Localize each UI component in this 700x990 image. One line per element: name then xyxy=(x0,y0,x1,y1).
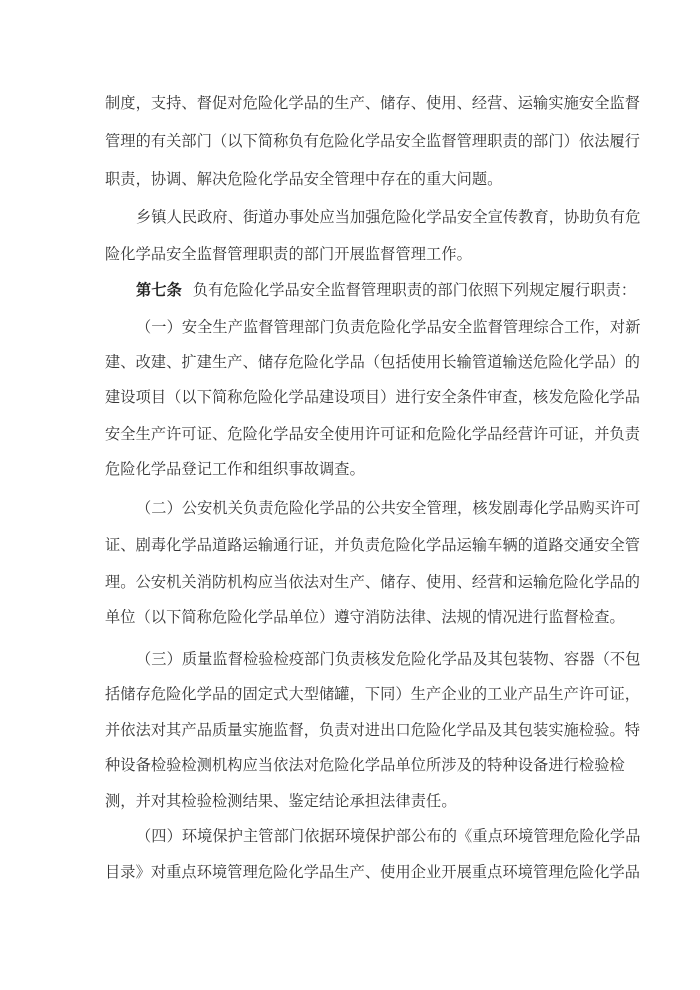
item-2-line-4: 单位（以下简称危险化学品单位）遵守消防法律、法规的情况进行监督检查。 xyxy=(105,605,595,629)
item-3-line-1: （三）质量监督检验检疫部门负责核发危险化学品及其包装物、容器（不包 xyxy=(105,647,595,671)
item-4-line-1: （四）环境保护主管部门依据环境保护部公布的《重点环境管理危险化学品 xyxy=(105,824,595,848)
paragraph-township-line-1: 乡镇人民政府、街道办事处应当加强危险化学品安全宣传教育，协助负有危 xyxy=(105,205,595,229)
paragraph-continuation-line-1: 制度，支持、督促对危险化学品的生产、储存、使用、经营、运输实施安全监督 xyxy=(105,91,595,115)
item-3-line-3: 并依法对其产品质量实施监督，负责对进出口危险化学品及其包装实施检验。特 xyxy=(105,718,595,742)
item-4-line-2: 目录》对重点环境管理危险化学品生产、使用企业开展重点环境管理危险化学品 xyxy=(105,860,595,884)
article-7-text: 负有危险化学品安全监督管理职责的部门依照下列规定履行职责： xyxy=(193,281,636,299)
item-1-line-2: 建、改建、扩建生产、储存危险化学品（包括使用长输管道输送危险化学品）的 xyxy=(105,350,595,374)
article-7-heading: 第七条 负有危险化学品安全监督管理职责的部门依照下列规定履行职责： xyxy=(105,278,595,302)
item-2-line-3: 理。公安机关消防机构应当依法对生产、储存、使用、经营和运输危险化学品的 xyxy=(105,570,595,594)
item-1-line-1: （一）安全生产监督管理部门负责危险化学品安全监督管理综合工作，对新 xyxy=(105,315,595,339)
item-3-line-5: 测，并对其检验检测结果、鉴定结论承担法律责任。 xyxy=(105,789,595,813)
paragraph-township-line-2: 险化学品安全监督管理职责的部门开展监督管理工作。 xyxy=(105,242,595,266)
item-3-line-4: 种设备检验检测机构应当依法对危险化学品单位所涉及的特种设备进行检验检 xyxy=(105,753,595,777)
item-3-line-2: 括储存危险化学品的固定式大型储罐，下同）生产企业的工业产品生产许可证， xyxy=(105,682,595,706)
item-1-line-5: 危险化学品登记工作和组织事故调查。 xyxy=(105,457,595,481)
item-1-line-4: 安全生产许可证、危险化学品安全使用许可证和危险化学品经营许可证，并负责 xyxy=(105,422,595,446)
item-2-line-2: 证、剧毒化学品道路运输通行证，并负责危险化学品运输车辆的道路交通安全管 xyxy=(105,533,595,557)
paragraph-continuation-line-3: 职责，协调、解决危险化学品安全管理中存在的重大问题。 xyxy=(105,167,595,191)
paragraph-continuation-line-2: 管理的有关部门（以下简称负有危险化学品安全监督管理职责的部门）依法履行 xyxy=(105,129,595,153)
item-1-line-3: 建设项目（以下简称危险化学品建设项目）进行安全条件审查，核发危险化学品 xyxy=(105,385,595,409)
item-2-line-1: （二）公安机关负责危险化学品的公共安全管理，核发剧毒化学品购买许可 xyxy=(105,496,595,520)
article-label: 第七条 xyxy=(136,281,182,299)
